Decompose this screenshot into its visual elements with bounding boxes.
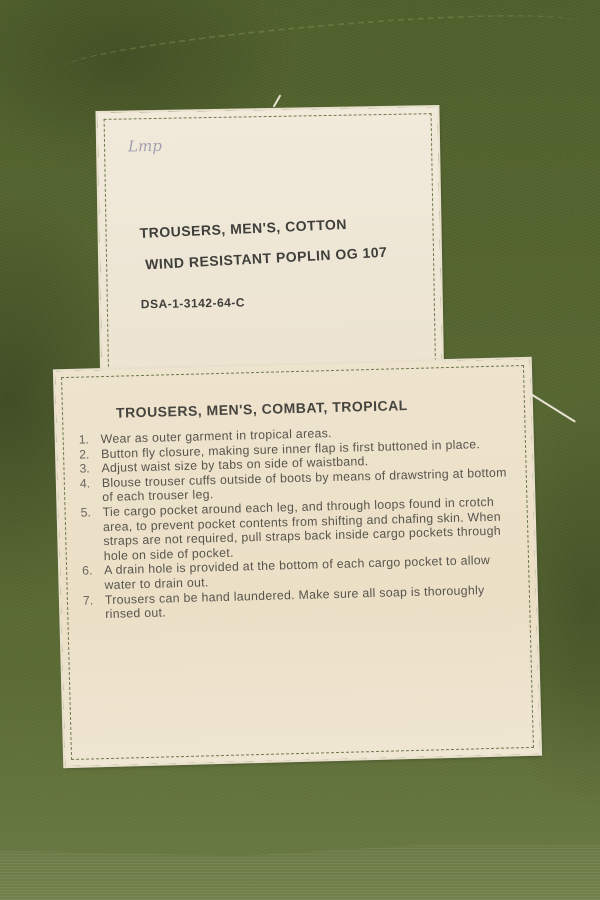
item-number: 5. <box>80 505 104 564</box>
handwritten-mark: Lmp <box>128 137 162 156</box>
item-text: Tie cargo pocket around each leg, and th… <box>102 494 511 563</box>
item-number: 2. <box>79 447 101 462</box>
contract-number: DSA-1-3142-64-C <box>141 295 245 311</box>
instructions-label: TROUSERS, MEN'S, COMBAT, TROPICAL 1.Wear… <box>55 359 540 766</box>
label-title: TROUSERS, MEN'S, COMBAT, TROPICAL <box>116 397 408 421</box>
item-number: 3. <box>79 461 101 476</box>
material-description: WIND RESISTANT POPLIN OG 107 <box>145 244 388 273</box>
lower-fabric-fold <box>0 845 600 900</box>
garment-name: TROUSERS, MEN'S, COTTON <box>139 216 347 241</box>
item-number: 6. <box>82 563 105 593</box>
instruction-list: 1.Wear as outer garment in tropical area… <box>79 421 514 622</box>
item-number: 4. <box>80 476 103 506</box>
spec-label: Lmp TROUSERS, MEN'S, COTTON WIND RESISTA… <box>97 107 442 403</box>
item-number: 1. <box>79 432 101 447</box>
item-number: 7. <box>83 593 106 623</box>
